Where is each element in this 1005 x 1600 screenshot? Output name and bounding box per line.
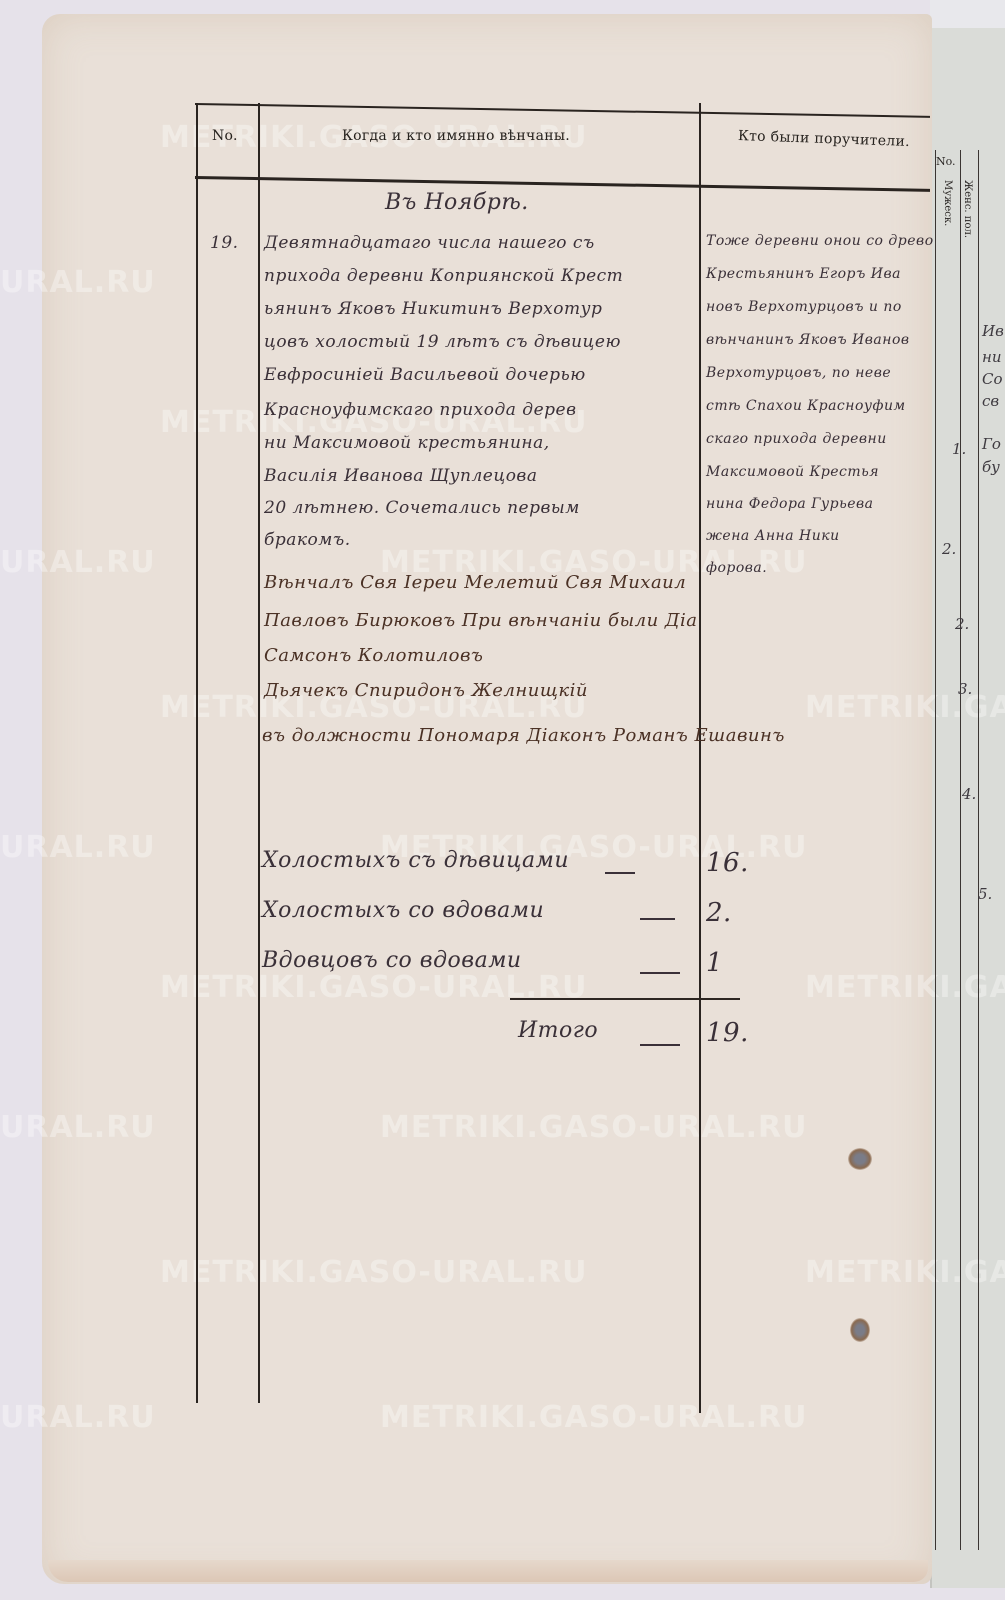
record-line: 20 лѣтнею. Сочетались первым xyxy=(264,498,580,518)
next-page-header-male: Мужеск. xyxy=(942,180,953,226)
summary-value: 16. xyxy=(706,848,749,878)
sureties-line: Максимовой Крестья xyxy=(706,464,879,480)
record-line: ьянинъ Яковъ Никитинъ Верхотур xyxy=(264,299,602,319)
paper-torn-edge xyxy=(48,1560,928,1582)
officiant-line: Вѣнчалъ Свя Іереи Мелетий Свя Михаил xyxy=(264,572,686,593)
sureties-line: вѣнчанинъ Яковъ Иванов xyxy=(706,332,910,348)
sureties-line: Верхотурцовъ, по неве xyxy=(706,365,891,381)
record-line: Василія Иванова Щуплецова xyxy=(264,466,537,486)
summary-total-rule xyxy=(510,998,740,1000)
officiant-line: Павловъ Бирюковъ При вѣнчаніи были Діа xyxy=(264,610,698,631)
record-line: ни Максимовой крестьянина, xyxy=(264,433,550,453)
summary-label: Холостыхъ со вдовами xyxy=(262,898,544,923)
next-page-row-number: 2. xyxy=(942,540,956,558)
summary-dash xyxy=(640,1044,680,1046)
next-page-header-female: Женс. пол. xyxy=(962,180,973,238)
next-page-fragment: Ив xyxy=(982,322,1004,340)
column-divider-no xyxy=(258,103,260,1403)
summary-value: 1 xyxy=(706,948,723,978)
sureties-line: новъ Верхотурцовъ и по xyxy=(706,299,902,315)
sureties-line: жена Анна Ники xyxy=(706,528,840,544)
summary-label: Холостыхъ съ дѣвицами xyxy=(262,848,569,873)
record-line: Красноуфимскаго прихода дерев xyxy=(264,400,576,420)
paper-hole xyxy=(850,1318,870,1342)
summary-dash xyxy=(640,918,675,920)
background-strip xyxy=(930,0,1005,30)
total-value: 19. xyxy=(706,1018,749,1048)
month-heading: Въ Ноябрѣ. xyxy=(385,190,529,215)
sureties-line: форова. xyxy=(706,560,767,576)
sureties-line: Крестьянинъ Егоръ Ива xyxy=(706,266,901,282)
table-left-border xyxy=(196,103,198,1403)
header-no: No. xyxy=(212,128,238,144)
sureties-line: стѣ Спахои Красноуфим xyxy=(706,398,906,414)
next-page-header-no: No. xyxy=(936,155,956,168)
next-page-row-number: 1. xyxy=(952,440,966,458)
officiant-line: Дьячекъ Спиридонъ Желнищкій xyxy=(264,680,588,701)
record-line: прихода деревни Коприянской Крест xyxy=(264,266,623,286)
entry-number: 19. xyxy=(210,233,239,253)
next-page-rule xyxy=(935,150,936,1550)
record-line: цовъ холостый 19 лѣтъ съ дѣвицею xyxy=(264,332,621,352)
sureties-line: Тоже деревни онои со древо xyxy=(706,233,934,249)
next-page-fragment: ни xyxy=(982,348,1002,366)
record-line: бракомъ. xyxy=(264,530,351,550)
total-label: Итого xyxy=(518,1018,598,1043)
paper-hole xyxy=(848,1148,872,1170)
column-divider-sureties xyxy=(699,103,701,1413)
next-page-edge xyxy=(930,28,1005,1588)
summary-dash xyxy=(605,872,635,874)
summary-dash xyxy=(640,972,680,974)
officiant-line: въ должности Пономаря Діаконъ Романъ Еша… xyxy=(262,725,785,746)
officiant-line: Самсонъ Колотиловъ xyxy=(264,645,483,666)
next-page-fragment: Го xyxy=(982,435,1001,453)
next-page-row-number: 5. xyxy=(978,885,992,903)
summary-value: 2. xyxy=(706,898,732,928)
next-page-rule xyxy=(960,150,961,1550)
sureties-line: нина Федора Гурьева xyxy=(706,496,873,512)
next-page-fragment: св xyxy=(982,392,999,410)
next-page-row-number: 2. xyxy=(955,615,969,633)
next-page-rule xyxy=(978,150,979,1550)
summary-label: Вдовцовъ со вдовами xyxy=(262,948,522,973)
sureties-line: скаго прихода деревни xyxy=(706,431,887,447)
header-when-who-married: Когда и кто имянно вѣнчаны. xyxy=(342,128,570,144)
record-line: Евфросиніей Васильевой дочерью xyxy=(264,365,586,385)
next-page-row-number: 3. xyxy=(958,680,972,698)
record-line: Девятнадцатаго числа нашего съ xyxy=(264,233,595,253)
next-page-row-number: 4. xyxy=(962,785,976,803)
next-page-fragment: бу xyxy=(982,458,1000,476)
next-page-fragment: Со xyxy=(982,370,1003,388)
